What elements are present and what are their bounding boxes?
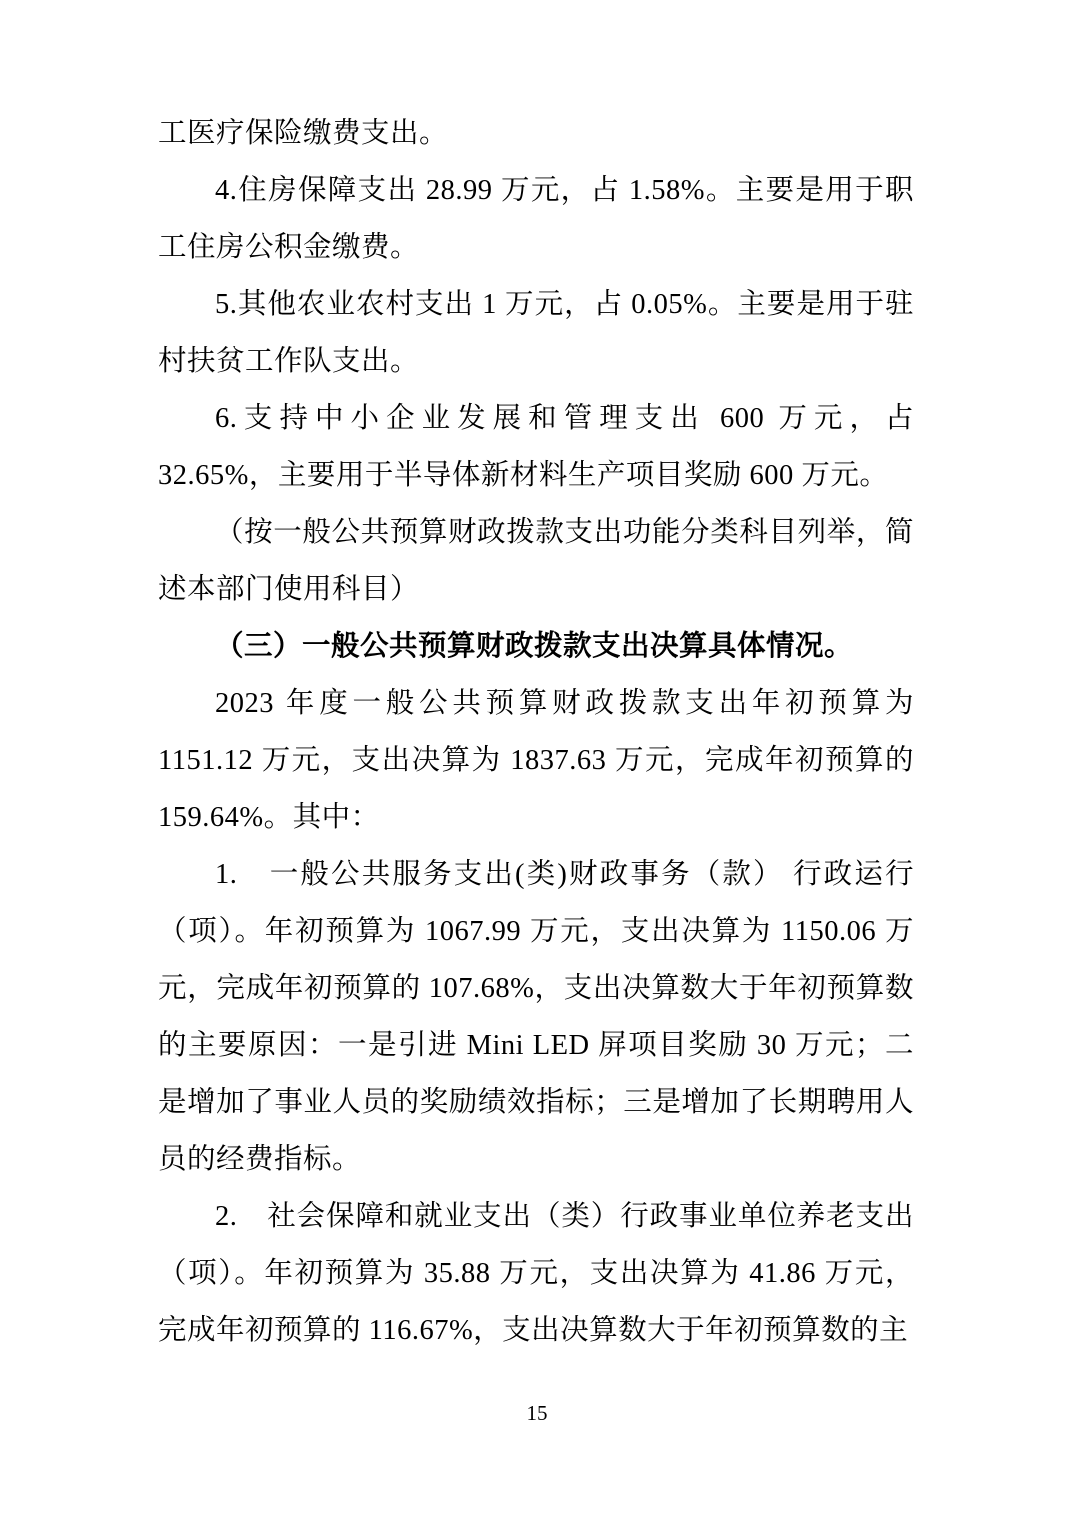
document-body: 工医疗保险缴费支出。 4.住房保障支出 28.99 万元，占 1.58%。主要是… [158,105,914,1359]
paragraph-detail-2-social-security: 2. 社会保障和就业支出（类）行政事业单位养老支出（项）。年初预算为 35.88… [158,1188,914,1359]
paragraph-overview-2023: 2023 年度一般公共预算财政拨款支出年初预算为 1151.12 万元，支出决算… [158,675,914,846]
paragraph-item5-agriculture: 5.其他农业农村支出 1 万元，占 0.05%。主要是用于驻村扶贫工作队支出。 [158,276,914,390]
paragraph-continuation: 工医疗保险缴费支出。 [158,105,914,162]
paragraph-note: （按一般公共预算财政拨款支出功能分类科目列举，简述本部门使用科目） [158,504,914,618]
section-heading-3: （三）一般公共预算财政拨款支出决算具体情况。 [158,618,914,675]
document-page: 工医疗保险缴费支出。 4.住房保障支出 28.99 万元，占 1.58%。主要是… [0,0,1074,1520]
paragraph-detail-1-general-public-service: 1. 一般公共服务支出(类)财政事务（款） 行政运行（项）。年初预算为 1067… [158,846,914,1188]
paragraph-item4-housing: 4.住房保障支出 28.99 万元，占 1.58%。主要是用于职工住房公积金缴费… [158,162,914,276]
paragraph-item6-sme: 6.支持中小企业发展和管理支出 600 万元，占 32.65%，主要用于半导体新… [158,390,914,504]
page-number: 15 [0,1398,1074,1428]
